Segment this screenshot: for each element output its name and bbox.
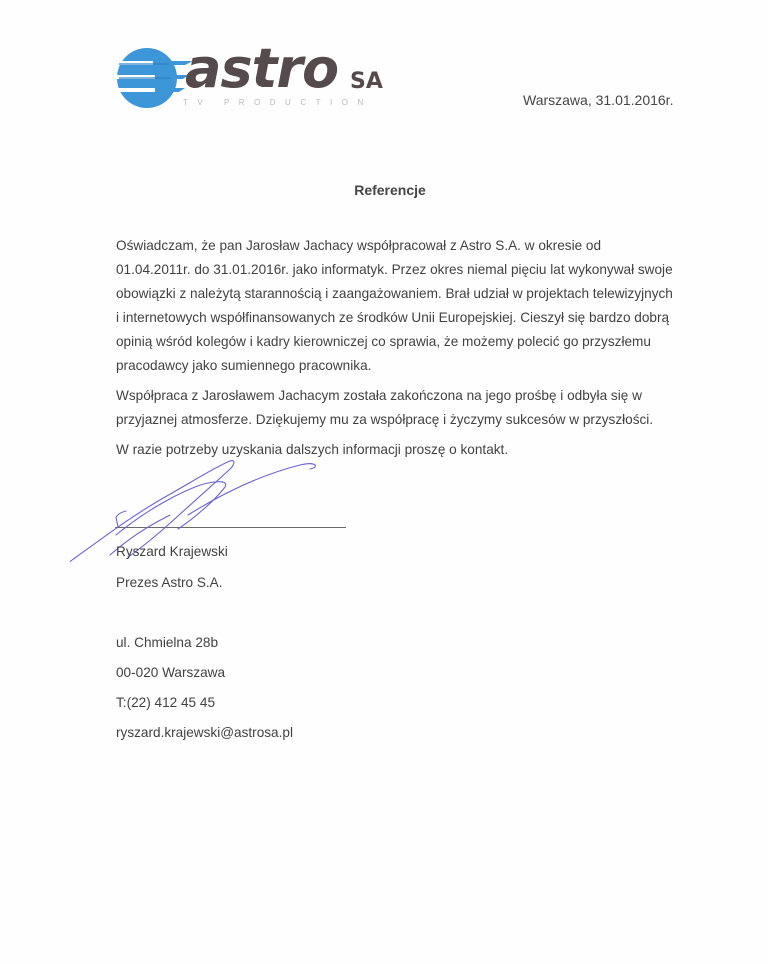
logo-tagline: TV PRODUCTION — [183, 99, 373, 107]
place-date: Warszawa, 31.01.2016r. — [523, 92, 673, 109]
paragraph-2: Współpraca z Jarosławem Jachacym została… — [116, 384, 676, 432]
signer-role: Prezes Astro S.A. — [116, 574, 223, 591]
contact-email: ryszard.krajewski@astrosa.pl — [116, 724, 293, 754]
contact-city: 00-020 Warszawa — [116, 664, 293, 694]
paragraph-1: Oświadczam, że pan Jarosław Jachacy wspó… — [116, 234, 676, 378]
letter-page: astro SA TV PRODUCTION Warszawa, 31.01.2… — [0, 0, 768, 964]
logo-suffix: SA — [350, 71, 383, 93]
contact-phone: T:(22) 412 45 45 — [116, 694, 293, 724]
company-logo: astro SA TV PRODUCTION — [115, 48, 415, 113]
document-title: Referencje — [0, 182, 768, 199]
contact-block: ul. Chmielna 28b 00-020 Warszawa T:(22) … — [116, 634, 293, 754]
letter-body: Oświadczam, że pan Jarosław Jachacy wspó… — [116, 234, 676, 468]
contact-street: ul. Chmielna 28b — [116, 634, 293, 664]
signer-name: Ryszard Krajewski — [116, 543, 228, 560]
logo-wordmark: astro — [185, 42, 338, 96]
